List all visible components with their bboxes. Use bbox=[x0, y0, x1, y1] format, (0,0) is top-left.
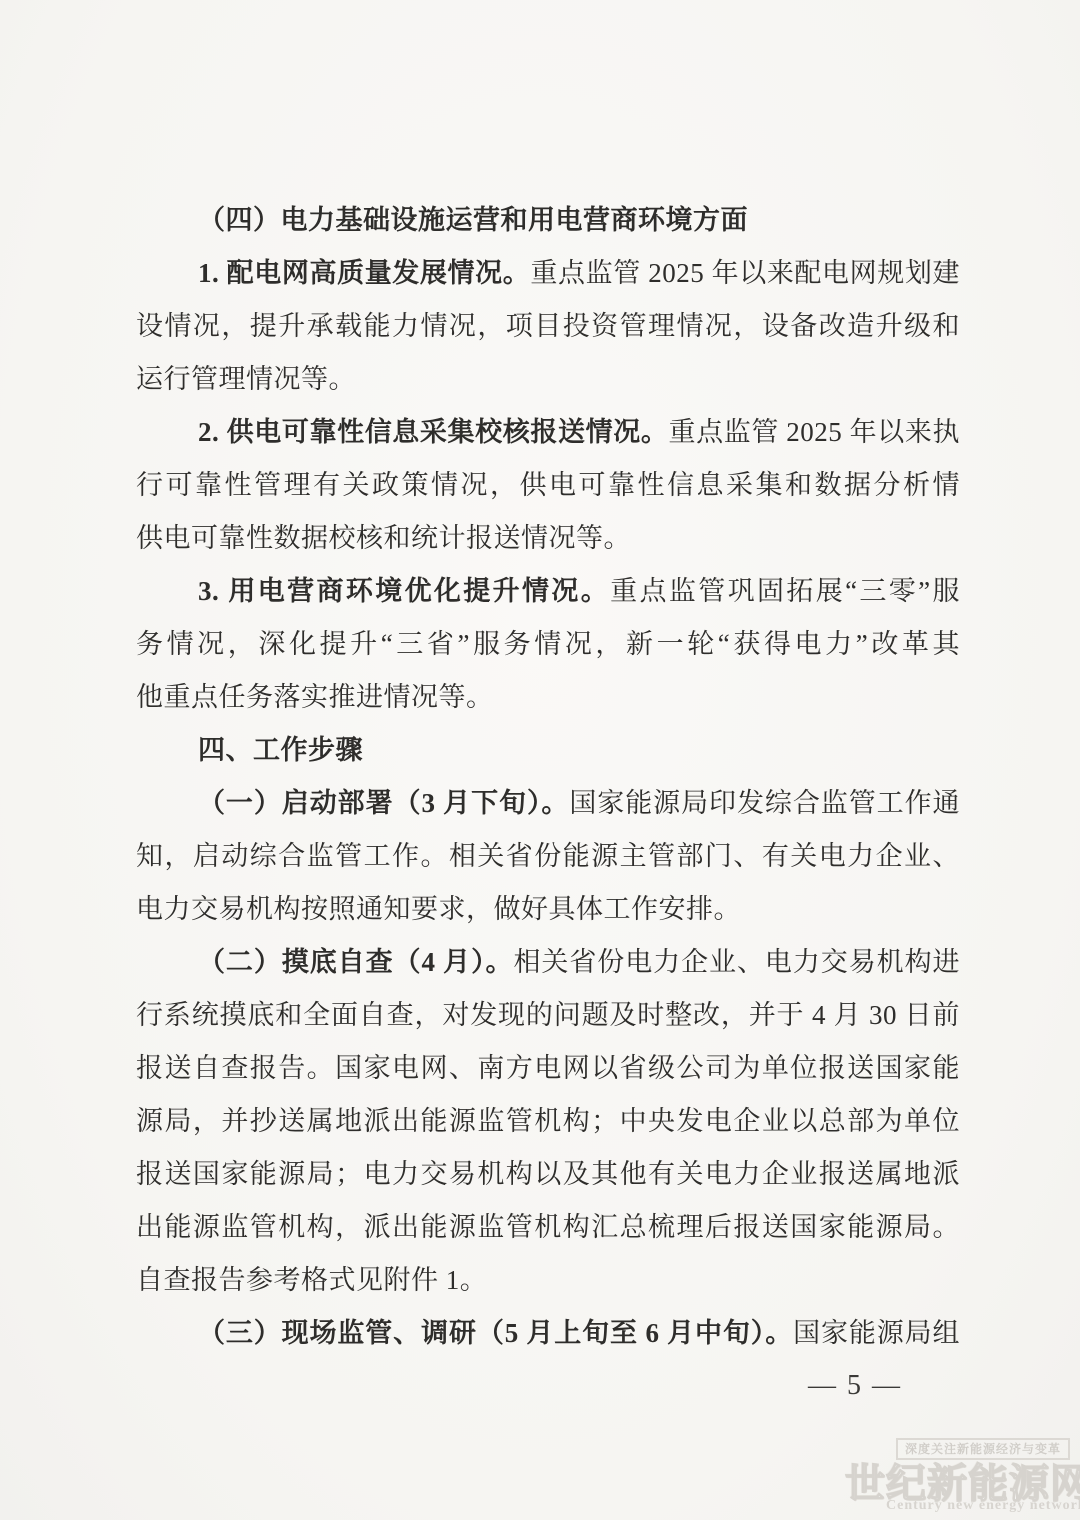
doc-line: 电力交易机构按照通知要求，做好具体工作安排。 bbox=[136, 883, 960, 936]
doc-line: （一）启动部署（3 月下旬）。国家能源局印发综合监管工作通 bbox=[136, 777, 960, 830]
doc-line: 源局，并抄送属地派出能源监管机构；中央发电企业以总部为单位 bbox=[136, 1095, 960, 1148]
doc-line: 报送国家能源局；电力交易机构以及其他有关电力企业报送属地派 bbox=[136, 1148, 960, 1201]
doc-line: 行可靠性管理有关政策情况，供电可靠性信息采集和数据分析情况， bbox=[136, 459, 960, 512]
line-text: 相关省份电力企业、电力交易机构进 bbox=[513, 947, 960, 977]
line-text: 报送国家能源局；电力交易机构以及其他有关电力企业报送属地派 bbox=[136, 1159, 960, 1189]
line-text: 设情况，提升承载能力情况，项目投资管理情况，设备改造升级和 bbox=[136, 311, 960, 341]
line-text: 自查报告参考格式见附件 1。 bbox=[136, 1265, 487, 1295]
line-text-bold: 2. 供电可靠性信息采集校核报送情况。 bbox=[198, 417, 668, 447]
line-text-bold: 1. 配电网高质量发展情况。 bbox=[198, 258, 530, 288]
doc-line: 1. 配电网高质量发展情况。重点监管 2025 年以来配电网规划建 bbox=[136, 247, 960, 300]
line-text: 重点监管 2025 年以来执 bbox=[668, 417, 960, 447]
line-text: 务情况，深化提升“三省”服务情况，新一轮“获得电力”改革其 bbox=[136, 629, 960, 659]
line-text: 知，启动综合监管工作。相关省份能源主管部门、有关电力企业、 bbox=[136, 841, 960, 871]
line-text: 他重点任务落实推进情况等。 bbox=[136, 682, 494, 712]
line-text-bold: （一）启动部署（3 月下旬）。 bbox=[198, 788, 569, 818]
line-text-bold: （三）现场监管、调研（5 月上旬至 6 月中旬）。 bbox=[198, 1318, 793, 1348]
line-text: 运行管理情况等。 bbox=[136, 364, 356, 394]
document-body: （四）电力基础设施运营和用电营商环境方面 1. 配电网高质量发展情况。重点监管 … bbox=[136, 194, 960, 1360]
document-page: （四）电力基础设施运营和用电营商环境方面 1. 配电网高质量发展情况。重点监管 … bbox=[0, 0, 1080, 1520]
doc-line: 他重点任务落实推进情况等。 bbox=[136, 671, 960, 724]
line-text: 供电可靠性数据校核和统计报送情况等。 bbox=[136, 523, 631, 553]
doc-line: 3. 用电营商环境优化提升情况。重点监管巩固拓展“三零”服 bbox=[136, 565, 960, 618]
line-text: 源局，并抄送属地派出能源监管机构；中央发电企业以总部为单位 bbox=[136, 1106, 960, 1136]
doc-line: 自查报告参考格式见附件 1。 bbox=[136, 1254, 960, 1307]
line-text: 重点监管巩固拓展“三零”服 bbox=[610, 576, 960, 606]
watermark-tagline: 深度关注新能源经济与变革 bbox=[896, 1438, 1070, 1460]
line-text: 国家能源局组 bbox=[793, 1318, 960, 1348]
doc-line: 务情况，深化提升“三省”服务情况，新一轮“获得电力”改革其 bbox=[136, 618, 960, 671]
doc-heading-section-4: （四）电力基础设施运营和用电营商环境方面 bbox=[136, 194, 960, 247]
line-text: 重点监管 2025 年以来配电网规划建 bbox=[530, 258, 960, 288]
line-text: 国家能源局印发综合监管工作通 bbox=[569, 788, 960, 818]
line-text: 报送自查报告。国家电网、南方电网以省级公司为单位报送国家能 bbox=[136, 1053, 960, 1083]
doc-line: 出能源监管机构，派出能源监管机构汇总梳理后报送国家能源局。 bbox=[136, 1201, 960, 1254]
doc-line: 运行管理情况等。 bbox=[136, 353, 960, 406]
line-text-bold: 四、工作步骤 bbox=[198, 735, 363, 765]
doc-line: 行系统摸底和全面自查，对发现的问题及时整改，并于 4 月 30 日前 bbox=[136, 989, 960, 1042]
line-text: 出能源监管机构，派出能源监管机构汇总梳理后报送国家能源局。 bbox=[136, 1212, 960, 1242]
doc-line: 设情况，提升承载能力情况，项目投资管理情况，设备改造升级和 bbox=[136, 300, 960, 353]
line-text-bold: （二）摸底自查（4 月）。 bbox=[198, 947, 513, 977]
line-text: 行可靠性管理有关政策情况，供电可靠性信息采集和数据分析情况， bbox=[136, 470, 960, 512]
line-text: 电力交易机构按照通知要求，做好具体工作安排。 bbox=[136, 894, 741, 924]
line-text-bold: （四）电力基础设施运营和用电营商环境方面 bbox=[198, 205, 748, 235]
line-text: 行系统摸底和全面自查，对发现的问题及时整改，并于 4 月 30 日前 bbox=[136, 1000, 960, 1030]
doc-line: （三）现场监管、调研（5 月上旬至 6 月中旬）。国家能源局组 bbox=[136, 1307, 960, 1360]
line-text-bold: 3. 用电营商环境优化提升情况。 bbox=[198, 576, 610, 606]
watermark-brand-en: Century new energy network bbox=[886, 1498, 1080, 1514]
doc-line: 供电可靠性数据校核和统计报送情况等。 bbox=[136, 512, 960, 565]
page-number: — 5 — bbox=[800, 1370, 910, 1402]
doc-line: （二）摸底自查（4 月）。相关省份电力企业、电力交易机构进 bbox=[136, 936, 960, 989]
watermark-brand: 世纪新能源网 bbox=[845, 1452, 1080, 1509]
doc-line: 知，启动综合监管工作。相关省份能源主管部门、有关电力企业、 bbox=[136, 830, 960, 883]
doc-heading-work-steps: 四、工作步骤 bbox=[136, 724, 960, 777]
doc-line: 报送自查报告。国家电网、南方电网以省级公司为单位报送国家能 bbox=[136, 1042, 960, 1095]
doc-line: 2. 供电可靠性信息采集校核报送情况。重点监管 2025 年以来执 bbox=[136, 406, 960, 459]
